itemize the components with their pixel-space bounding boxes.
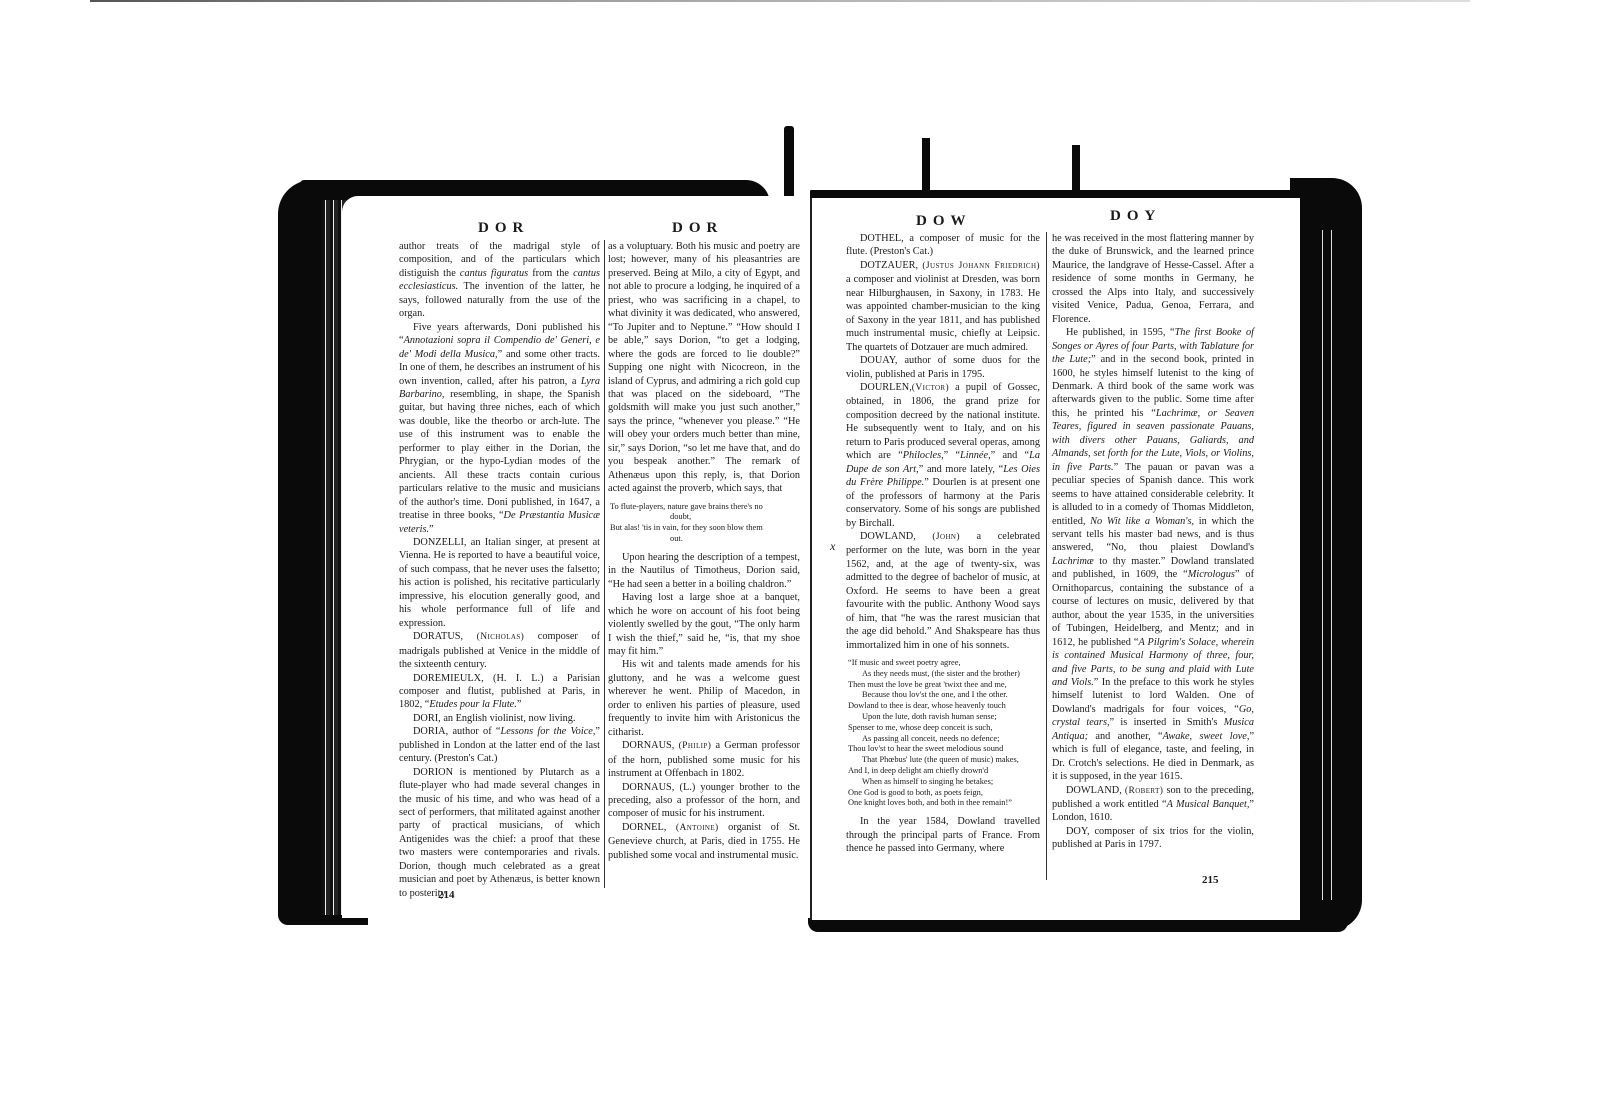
verse-quote: To flute-players, nature gave brains the… xyxy=(610,502,800,545)
book-cover-bottom-right xyxy=(808,918,1348,932)
running-head-left: DOW xyxy=(916,213,972,230)
entry-donzelli: DONZELLI, an Italian singer, at present … xyxy=(399,536,600,630)
entry-doremieulx: DOREMIEULX, (H. I. L.) a Parisian compos… xyxy=(399,672,600,712)
paragraph: In the year 1584, Dowland travelled thro… xyxy=(846,815,1040,855)
entry-dori: DORI, an English violinist, now living. xyxy=(399,712,600,725)
entry-doy: DOY, composer of six trios for the violi… xyxy=(1052,825,1254,852)
entry-doria: DORIA, author of “Lessons for the Voice,… xyxy=(399,725,600,765)
entry-dothel: DOTHEL, a composer of music for the flut… xyxy=(846,232,1040,259)
paragraph: Having lost a large shoe at a banquet, w… xyxy=(608,591,800,658)
entry-douay: DOUAY, author of some duos for the violi… xyxy=(846,354,1040,381)
column-rule xyxy=(604,240,605,888)
column-rule xyxy=(1046,232,1047,880)
entry-dornaus-l: DORNAUS, (L.) younger brother to the pre… xyxy=(608,781,800,821)
running-head-right: DOY xyxy=(1110,208,1161,225)
running-head-left: DOR xyxy=(478,220,529,237)
page-edges-right xyxy=(1318,230,1340,900)
entry-doratus: DORATUS, (Nicholas) composer of madrigal… xyxy=(399,630,600,671)
right-page-column-1: DOTHEL, a composer of music for the flut… xyxy=(846,232,1040,856)
left-page-column-1: author treats of the madrigal style of c… xyxy=(399,240,600,900)
left-page-column-2: as a voluptuary. Both his music and poet… xyxy=(608,240,800,862)
ribbon-mark-2 xyxy=(1072,145,1080,197)
paragraph: Five years afterwards, Doni published hi… xyxy=(399,321,600,536)
paragraph: Upon hearing the description of a tempes… xyxy=(608,551,800,591)
paragraph: He published, in 1595, “The first Booke … xyxy=(1052,326,1254,783)
paragraph: His wit and talents made amends for his … xyxy=(608,658,800,739)
shakespeare-sonnet: “If music and sweet poetry agree, As the… xyxy=(848,658,1040,809)
paragraph: he was received in the most flattering m… xyxy=(1052,232,1254,326)
entry-dowland-john: DOWLAND, (John) a celebrated performer o… xyxy=(846,530,1040,652)
page-number-215: 215 xyxy=(1202,874,1219,886)
scan-top-edge xyxy=(90,0,1470,2)
entry-dornaus-philip: DORNAUS, (Philip) a German professor of … xyxy=(608,739,800,780)
entry-dorion: DORION is mentioned by Plutarch as a flu… xyxy=(399,766,600,901)
margin-check-mark: x xyxy=(830,539,835,554)
left-page: DOR DOR author treats of the madrigal st… xyxy=(342,196,808,918)
entry-dornel: DORNEL, (Antoine) organist of St. Genevi… xyxy=(608,821,800,862)
entry-dowland-robert: DOWLAND, (Robert) son to the preceding, … xyxy=(1052,784,1254,825)
page-number-214: 214 xyxy=(438,889,455,901)
paragraph: author treats of the madrigal style of c… xyxy=(399,240,600,321)
ribbon-mark-1 xyxy=(922,138,930,196)
entry-dourlen: DOURLEN,(Victor) a pupil of Gossec, obta… xyxy=(846,381,1040,530)
running-head-right: DOR xyxy=(672,220,723,237)
paragraph: as a voluptuary. Both his music and poet… xyxy=(608,240,800,496)
entry-dotzauer: DOTZAUER, (Justus Johann Friedrich) a co… xyxy=(846,259,1040,354)
gutter-shadow xyxy=(784,126,794,196)
right-page-column-2: he was received in the most flattering m… xyxy=(1052,232,1254,852)
right-page: DOW DOY x DOTHEL, a composer of music fo… xyxy=(810,198,1300,920)
